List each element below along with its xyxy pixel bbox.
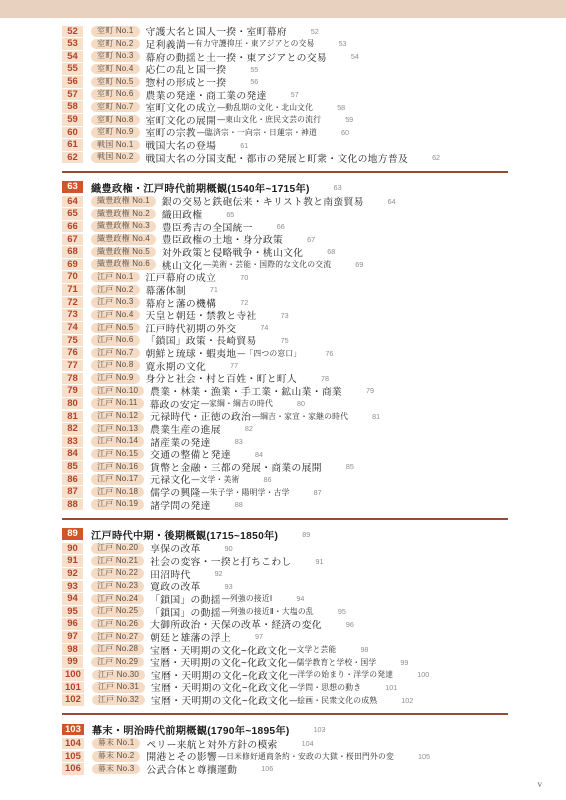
era-tag-badge: 江戸 No.11 bbox=[91, 398, 144, 409]
section-divider-line bbox=[62, 171, 508, 173]
era-tag-badge: 江戸 No.18 bbox=[91, 487, 144, 498]
era-tag-badge: 江戸 No.4 bbox=[91, 310, 140, 321]
unit-page-ref: 82 bbox=[245, 424, 253, 433]
toc-row: 88 江戸 No.19 諸学問の発達 88 bbox=[62, 498, 508, 511]
era-tag-badge: 江戸 No.1 bbox=[91, 272, 140, 283]
toc-row: 84 江戸 No.15 交通の整備と発達 84 bbox=[62, 448, 508, 461]
toc-row: 87 江戸 No.18 儒学の興隆 —朱子学・陽明学・古学 87 bbox=[62, 486, 508, 499]
unit-subtitle: —東山文化・庶民文芸の流行 bbox=[217, 114, 321, 125]
unit-page-ref: 54 bbox=[351, 52, 359, 61]
toc-row: 91 江戸 No.21 社会の変容・一揆と打ちこわし 91 bbox=[62, 555, 508, 568]
era-tag-badge: 室町 No.8 bbox=[91, 115, 140, 126]
era-tag-badge: 江戸 No.16 bbox=[91, 462, 144, 473]
toc-row: 98 江戸 No.28 宝暦・天明期の文化~化政文化 —文学と芸能 98 bbox=[62, 643, 508, 656]
era-tag-badge: 江戸 No.19 bbox=[91, 499, 144, 510]
era-tag-badge: 室町 No.9 bbox=[91, 127, 140, 138]
unit-subtitle: —儒学教育と学校・国学 bbox=[288, 657, 376, 668]
unit-subtitle: —美術・芸能・国際的な文化の交流 bbox=[203, 259, 331, 270]
toc-row: 73 江戸 No.4 天皇と朝廷・禁教と寺社 73 bbox=[62, 309, 508, 322]
unit-subtitle: —「四つの窓口」 bbox=[237, 348, 301, 359]
section-title: 織豊政権・江戸時代前期概観(1540年~1715年) bbox=[91, 180, 310, 195]
unit-page-ref: 81 bbox=[372, 412, 380, 421]
unit-page-ref: 68 bbox=[327, 247, 335, 256]
unit-number-badge: 80 bbox=[62, 398, 83, 410]
unit-page-ref: 71 bbox=[210, 285, 218, 294]
unit-page-ref: 62 bbox=[432, 153, 440, 162]
unit-number-badge: 81 bbox=[62, 411, 83, 423]
unit-number-badge: 90 bbox=[62, 543, 83, 555]
era-tag-badge: 室町 No.1 bbox=[91, 26, 140, 37]
era-tag-badge: 江戸 No.5 bbox=[91, 323, 140, 334]
unit-subtitle: —絵画・民衆文化の成熟 bbox=[289, 695, 377, 706]
toc-row: 83 江戸 No.14 諸産業の発達 83 bbox=[62, 435, 508, 448]
unit-page-ref: 90 bbox=[225, 544, 233, 553]
toc-row: 92 江戸 No.22 田沼時代 92 bbox=[62, 567, 508, 580]
unit-title: 宝暦・天明期の文化~化政文化 bbox=[151, 693, 288, 707]
unit-number-badge: 83 bbox=[62, 436, 83, 448]
era-tag-badge: 江戸 No.9 bbox=[91, 373, 140, 384]
unit-page-ref: 101 bbox=[385, 683, 397, 692]
era-tag-badge: 幕末 No.2 bbox=[92, 751, 141, 762]
unit-number-badge: 93 bbox=[62, 581, 83, 593]
unit-number-badge: 68 bbox=[62, 246, 83, 258]
unit-page-ref: 102 bbox=[401, 696, 413, 705]
toc-row: 58 室町 No.7 室町文化の成立 —動乱期の文化・北山文化 58 bbox=[62, 101, 508, 114]
era-tag-badge: 江戸 No.32 bbox=[92, 695, 145, 706]
unit-number-badge: 61 bbox=[62, 139, 83, 151]
unit-number-badge: 106 bbox=[62, 763, 84, 775]
unit-page-ref: 95 bbox=[338, 607, 346, 616]
unit-number-badge: 69 bbox=[62, 259, 83, 271]
unit-page-ref: 74 bbox=[260, 323, 268, 332]
unit-subtitle: —朱子学・陽明学・古学 bbox=[202, 487, 290, 498]
unit-page-ref: 79 bbox=[366, 386, 374, 395]
toc-row: 81 江戸 No.12 元禄時代・正徳の政治 —綱吉・家宣・家継の時代 81 bbox=[62, 410, 508, 423]
unit-page-ref: 99 bbox=[400, 658, 408, 667]
era-tag-badge: 江戸 No.22 bbox=[91, 568, 144, 579]
unit-number-badge: 65 bbox=[62, 208, 83, 220]
unit-number-badge: 94 bbox=[62, 593, 83, 605]
section-number-badge: 103 bbox=[62, 724, 84, 736]
era-tag-badge: 幕末 No.3 bbox=[92, 764, 141, 775]
unit-page-ref: 67 bbox=[307, 235, 315, 244]
unit-page-ref: 55 bbox=[250, 65, 258, 74]
toc-row: 55 室町 No.4 応仁の乱と国一揆 55 bbox=[62, 63, 508, 76]
toc-row: 76 江戸 No.7 朝鮮と琉球・蝦夷地 —「四つの窓口」 76 bbox=[62, 347, 508, 360]
unit-subtitle: —文学と芸能 bbox=[288, 644, 336, 655]
toc-row: 72 江戸 No.3 幕府と藩の機構 72 bbox=[62, 296, 508, 309]
unit-number-badge: 62 bbox=[62, 152, 83, 164]
era-tag-badge: 江戸 No.10 bbox=[91, 386, 144, 397]
unit-number-badge: 96 bbox=[62, 618, 83, 630]
unit-number-badge: 56 bbox=[62, 76, 83, 88]
unit-page-ref: 97 bbox=[255, 632, 263, 641]
unit-title: 諸学問の発達 bbox=[150, 498, 211, 512]
unit-number-badge: 73 bbox=[62, 309, 83, 321]
unit-page-ref: 80 bbox=[297, 399, 305, 408]
era-tag-badge: 江戸 No.27 bbox=[91, 632, 144, 643]
unit-page-ref: 75 bbox=[281, 336, 289, 345]
unit-subtitle: —日米修好通商条約・安政の大獄・桜田門外の変 bbox=[218, 751, 394, 762]
era-tag-badge: 江戸 No.30 bbox=[92, 670, 145, 681]
toc-row: 94 江戸 No.24 「鎖国」の動揺 —列強の接近Ⅰ 94 bbox=[62, 593, 508, 606]
toc-row: 102 江戸 No.32 宝暦・天明期の文化~化政文化 —絵画・民衆文化の成熟 … bbox=[62, 694, 508, 707]
unit-number-badge: 91 bbox=[62, 555, 83, 567]
toc-row: 78 江戸 No.9 身分と社会・村と百姓・町と町人 78 bbox=[62, 372, 508, 385]
unit-number-badge: 84 bbox=[62, 448, 83, 460]
toc-row: 104 幕末 No.1 ペリー来航と対外方針の模索 104 bbox=[62, 737, 508, 750]
era-tag-badge: 江戸 No.3 bbox=[91, 297, 140, 308]
toc-row: 74 江戸 No.5 江戸時代初期の外交 74 bbox=[62, 321, 508, 334]
toc-row: 54 室町 No.3 幕府の動揺と土一揆・東アジアとの交易 54 bbox=[62, 50, 508, 63]
unit-number-badge: 54 bbox=[62, 51, 83, 63]
unit-subtitle: —家綱・綱吉の時代 bbox=[201, 398, 273, 409]
unit-subtitle: —学問・思想の動き bbox=[289, 682, 361, 693]
era-tag-badge: 江戸 No.24 bbox=[91, 594, 144, 605]
unit-number-badge: 101 bbox=[62, 682, 84, 694]
unit-page-ref: 106 bbox=[261, 764, 273, 773]
unit-page-ref: 86 bbox=[264, 475, 272, 484]
toc-row: 106 幕末 No.3 公武合体と尊攘運動 106 bbox=[62, 763, 508, 776]
section-header-row: 103 幕末・明治時代前期概観(1790年~1895年) 103 bbox=[62, 722, 508, 736]
unit-number-badge: 75 bbox=[62, 335, 83, 347]
section-title: 幕末・明治時代前期概観(1790年~1895年) bbox=[92, 722, 290, 737]
era-tag-badge: 室町 No.2 bbox=[91, 39, 140, 50]
toc-row: 105 幕末 No.2 開港とその影響 —日米修好通商条約・安政の大獄・桜田門外… bbox=[62, 750, 508, 763]
unit-page-ref: 84 bbox=[255, 450, 263, 459]
unit-number-badge: 58 bbox=[62, 101, 83, 113]
unit-number-badge: 97 bbox=[62, 631, 83, 643]
unit-page-ref: 57 bbox=[291, 90, 299, 99]
unit-page-ref: 64 bbox=[388, 197, 396, 206]
toc-row: 97 江戸 No.27 朝廷と雄藩の浮上 97 bbox=[62, 631, 508, 644]
era-tag-badge: 江戸 No.7 bbox=[91, 348, 140, 359]
unit-number-badge: 74 bbox=[62, 322, 83, 334]
unit-page-ref: 66 bbox=[277, 222, 285, 231]
unit-page-ref: 73 bbox=[281, 311, 289, 320]
toc-row: 69 織豊政権 No.6 桃山文化 —美術・芸能・国際的な文化の交流 69 bbox=[62, 258, 508, 271]
unit-number-badge: 95 bbox=[62, 606, 83, 618]
unit-page-ref: 76 bbox=[325, 349, 333, 358]
unit-number-badge: 77 bbox=[62, 360, 83, 372]
era-tag-badge: 戦国 No.2 bbox=[91, 152, 140, 163]
era-tag-badge: 織豊政権 No.3 bbox=[91, 221, 156, 232]
unit-subtitle: —動乱期の文化・北山文化 bbox=[217, 102, 313, 113]
toc-row: 82 江戸 No.13 農業生産の進展 82 bbox=[62, 423, 508, 436]
era-tag-badge: 織豊政権 No.6 bbox=[91, 259, 156, 270]
toc-row: 60 室町 No.9 室町の宗教 —臨済宗・一向宗・日蓮宗・神道 60 bbox=[62, 126, 508, 139]
toc-row: 67 織豊政権 No.4 豊臣政権の土地・身分政策 67 bbox=[62, 233, 508, 246]
era-tag-badge: 江戸 No.15 bbox=[91, 449, 144, 460]
era-tag-badge: 室町 No.3 bbox=[91, 51, 140, 62]
section-page-ref: 89 bbox=[302, 530, 310, 539]
unit-number-badge: 64 bbox=[62, 196, 83, 208]
unit-number-badge: 59 bbox=[62, 114, 83, 126]
unit-page-ref: 53 bbox=[339, 39, 347, 48]
era-tag-badge: 織豊政権 No.2 bbox=[91, 209, 156, 220]
unit-page-ref: 96 bbox=[346, 620, 354, 629]
era-tag-badge: 江戸 No.31 bbox=[92, 682, 145, 693]
toc-row: 99 江戸 No.29 宝暦・天明期の文化~化政文化 —儒学教育と学校・国学 9… bbox=[62, 656, 508, 669]
unit-page-ref: 70 bbox=[240, 273, 248, 282]
unit-number-badge: 70 bbox=[62, 271, 83, 283]
table-of-contents: 52 室町 No.1 守護大名と国人一揆・室町幕府 52 53 室町 No.2 … bbox=[62, 25, 508, 775]
toc-row: 95 江戸 No.25 「鎖国」の動揺 —列強の接近Ⅱ・大塩の乱 95 bbox=[62, 605, 508, 618]
era-tag-badge: 江戸 No.17 bbox=[91, 474, 144, 485]
unit-number-badge: 87 bbox=[62, 486, 83, 498]
unit-subtitle: —臨済宗・一向宗・日蓮宗・神道 bbox=[197, 127, 317, 138]
era-tag-badge: 織豊政権 No.4 bbox=[91, 234, 156, 245]
unit-number-badge: 104 bbox=[62, 738, 84, 750]
toc-row: 79 江戸 No.10 農業・林業・漁業・手工業・鉱山業・商業 79 bbox=[62, 385, 508, 398]
era-tag-badge: 江戸 No.26 bbox=[91, 619, 144, 630]
unit-page-ref: 105 bbox=[418, 752, 430, 761]
toc-row: 53 室町 No.2 足利義満 —有力守護抑圧・東アジアとの交易 53 bbox=[62, 38, 508, 51]
unit-number-badge: 72 bbox=[62, 297, 83, 309]
unit-number-badge: 52 bbox=[62, 26, 83, 38]
unit-number-badge: 98 bbox=[62, 644, 83, 656]
unit-page-ref: 92 bbox=[215, 569, 223, 578]
unit-number-badge: 102 bbox=[62, 694, 84, 706]
unit-number-badge: 86 bbox=[62, 474, 83, 486]
unit-page-ref: 85 bbox=[346, 462, 354, 471]
era-tag-badge: 江戸 No.20 bbox=[91, 543, 144, 554]
section-title: 江戸時代中期・後期概観(1715~1850年) bbox=[91, 527, 278, 542]
era-tag-badge: 室町 No.6 bbox=[91, 89, 140, 100]
unit-page-ref: 61 bbox=[240, 141, 248, 150]
top-band bbox=[0, 0, 566, 18]
unit-page-ref: 93 bbox=[225, 582, 233, 591]
toc-row: 100 江戸 No.30 宝暦・天明期の文化~化政文化 —洋学の始まり・洋学の発… bbox=[62, 668, 508, 681]
unit-page-ref: 69 bbox=[355, 260, 363, 269]
unit-number-badge: 99 bbox=[62, 656, 83, 668]
unit-number-badge: 88 bbox=[62, 499, 83, 511]
era-tag-badge: 江戸 No.25 bbox=[91, 606, 144, 617]
era-tag-badge: 室町 No.7 bbox=[91, 102, 140, 113]
toc-row: 75 江戸 No.6 「鎖国」政策・長崎貿易 75 bbox=[62, 334, 508, 347]
era-tag-badge: 幕末 No.1 bbox=[92, 738, 141, 749]
unit-number-badge: 67 bbox=[62, 234, 83, 246]
unit-subtitle: —列強の接近Ⅰ bbox=[222, 593, 272, 604]
unit-page-ref: 94 bbox=[296, 594, 304, 603]
unit-subtitle: —洋学の始まり・洋学の発達 bbox=[289, 669, 393, 680]
unit-number-badge: 66 bbox=[62, 221, 83, 233]
era-tag-badge: 室町 No.4 bbox=[91, 64, 140, 75]
era-tag-badge: 江戸 No.29 bbox=[91, 657, 144, 668]
unit-page-ref: 87 bbox=[314, 488, 322, 497]
unit-page-ref: 65 bbox=[226, 210, 234, 219]
page-number-marker: v bbox=[538, 779, 543, 789]
unit-subtitle: —文学・美術 bbox=[192, 474, 240, 485]
section-page-ref: 103 bbox=[314, 725, 326, 734]
unit-page-ref: 91 bbox=[316, 557, 324, 566]
unit-number-badge: 78 bbox=[62, 373, 83, 385]
toc-row: 71 江戸 No.2 幕藩体制 71 bbox=[62, 284, 508, 297]
toc-row: 61 戦国 No.1 戦国大名の登場 61 bbox=[62, 139, 508, 152]
unit-number-badge: 92 bbox=[62, 568, 83, 580]
era-tag-badge: 織豊政権 No.5 bbox=[91, 247, 156, 258]
unit-number-badge: 71 bbox=[62, 284, 83, 296]
era-tag-badge: 江戸 No.8 bbox=[91, 360, 140, 371]
era-tag-badge: 江戸 No.14 bbox=[91, 436, 144, 447]
unit-title: 公武合体と尊攘運動 bbox=[146, 762, 237, 776]
unit-page-ref: 98 bbox=[360, 645, 368, 654]
era-tag-badge: 戦国 No.1 bbox=[91, 140, 140, 151]
toc-row: 101 江戸 No.31 宝暦・天明期の文化~化政文化 —学問・思想の動き 10… bbox=[62, 681, 508, 694]
unit-title: 戦国大名の分国支配・都市の発展と町衆・文化の地方普及 bbox=[146, 151, 409, 165]
era-tag-badge: 江戸 No.21 bbox=[91, 556, 144, 567]
toc-row: 64 織豊政権 No.1 銀の交易と鉄砲伝来・キリスト教と南蛮貿易 64 bbox=[62, 195, 508, 208]
unit-page-ref: 59 bbox=[345, 115, 353, 124]
unit-page-ref: 77 bbox=[230, 361, 238, 370]
unit-number-badge: 100 bbox=[62, 669, 84, 681]
toc-row: 57 室町 No.6 農業の発達・商工業の発達 57 bbox=[62, 88, 508, 101]
toc-row: 80 江戸 No.11 幕政の安定 —家綱・綱吉の時代 80 bbox=[62, 397, 508, 410]
toc-row: 77 江戸 No.8 寛永期の文化 77 bbox=[62, 359, 508, 372]
unit-page-ref: 60 bbox=[341, 128, 349, 137]
unit-number-badge: 60 bbox=[62, 127, 83, 139]
unit-subtitle: —列強の接近Ⅱ・大塩の乱 bbox=[222, 606, 314, 617]
section-header-row: 63 織豊政権・江戸時代前期概観(1540年~1715年) 63 bbox=[62, 180, 508, 194]
unit-number-badge: 85 bbox=[62, 461, 83, 473]
section-header-row: 89 江戸時代中期・後期概観(1715~1850年) 89 bbox=[62, 527, 508, 541]
toc-row: 90 江戸 No.20 享保の改革 90 bbox=[62, 542, 508, 555]
section-divider-line bbox=[62, 518, 508, 520]
unit-subtitle: —綱吉・家宣・家継の時代 bbox=[252, 411, 348, 422]
toc-row: 68 織豊政権 No.5 対外政策と侵略戦争・桃山文化 68 bbox=[62, 246, 508, 259]
section-number-badge: 63 bbox=[62, 181, 83, 193]
toc-row: 85 江戸 No.16 貨幣と金融・三都の発展・商業の展開 85 bbox=[62, 461, 508, 474]
toc-row: 65 織豊政権 No.2 織田政権 65 bbox=[62, 208, 508, 221]
era-tag-badge: 江戸 No.23 bbox=[91, 581, 144, 592]
era-tag-badge: 江戸 No.6 bbox=[91, 335, 140, 346]
toc-row: 59 室町 No.8 室町文化の展開 —東山文化・庶民文芸の流行 59 bbox=[62, 113, 508, 126]
section-number-badge: 89 bbox=[62, 528, 83, 540]
era-tag-badge: 江戸 No.12 bbox=[91, 411, 144, 422]
era-tag-badge: 織豊政権 No.1 bbox=[91, 196, 156, 207]
unit-page-ref: 52 bbox=[311, 27, 319, 36]
toc-row: 56 室町 No.5 惣村の形成と一揆 56 bbox=[62, 76, 508, 89]
toc-row: 62 戦国 No.2 戦国大名の分国支配・都市の発展と町衆・文化の地方普及 62 bbox=[62, 151, 508, 164]
unit-page-ref: 88 bbox=[235, 500, 243, 509]
toc-row: 93 江戸 No.23 寛政の改革 93 bbox=[62, 580, 508, 593]
unit-page-ref: 100 bbox=[417, 670, 429, 679]
unit-number-badge: 79 bbox=[62, 385, 83, 397]
unit-number-badge: 76 bbox=[62, 347, 83, 359]
unit-number-badge: 82 bbox=[62, 423, 83, 435]
era-tag-badge: 室町 No.5 bbox=[91, 77, 140, 88]
unit-page-ref: 78 bbox=[321, 374, 329, 383]
unit-subtitle: —有力守護抑圧・東アジアとの交易 bbox=[187, 38, 315, 49]
era-tag-badge: 江戸 No.2 bbox=[91, 285, 140, 296]
section-divider-line bbox=[62, 713, 508, 715]
unit-page-ref: 72 bbox=[240, 298, 248, 307]
unit-page-ref: 58 bbox=[337, 103, 345, 112]
unit-number-badge: 105 bbox=[62, 751, 84, 763]
unit-number-badge: 55 bbox=[62, 63, 83, 75]
era-tag-badge: 江戸 No.28 bbox=[91, 644, 144, 655]
unit-number-badge: 57 bbox=[62, 89, 83, 101]
toc-row: 96 江戸 No.26 大御所政治・天保の改革・経済の変化 96 bbox=[62, 618, 508, 631]
toc-row: 86 江戸 No.17 元禄文化 —文学・美術 86 bbox=[62, 473, 508, 486]
era-tag-badge: 江戸 No.13 bbox=[91, 424, 144, 435]
toc-row: 70 江戸 No.1 江戸幕府の成立 70 bbox=[62, 271, 508, 284]
unit-page-ref: 83 bbox=[235, 437, 243, 446]
unit-number-badge: 53 bbox=[62, 38, 83, 50]
unit-page-ref: 104 bbox=[302, 739, 314, 748]
toc-row: 52 室町 No.1 守護大名と国人一揆・室町幕府 52 bbox=[62, 25, 508, 38]
toc-row: 66 織豊政権 No.3 豊臣秀吉の全国統一 66 bbox=[62, 220, 508, 233]
unit-page-ref: 56 bbox=[250, 77, 258, 86]
section-page-ref: 63 bbox=[334, 183, 342, 192]
